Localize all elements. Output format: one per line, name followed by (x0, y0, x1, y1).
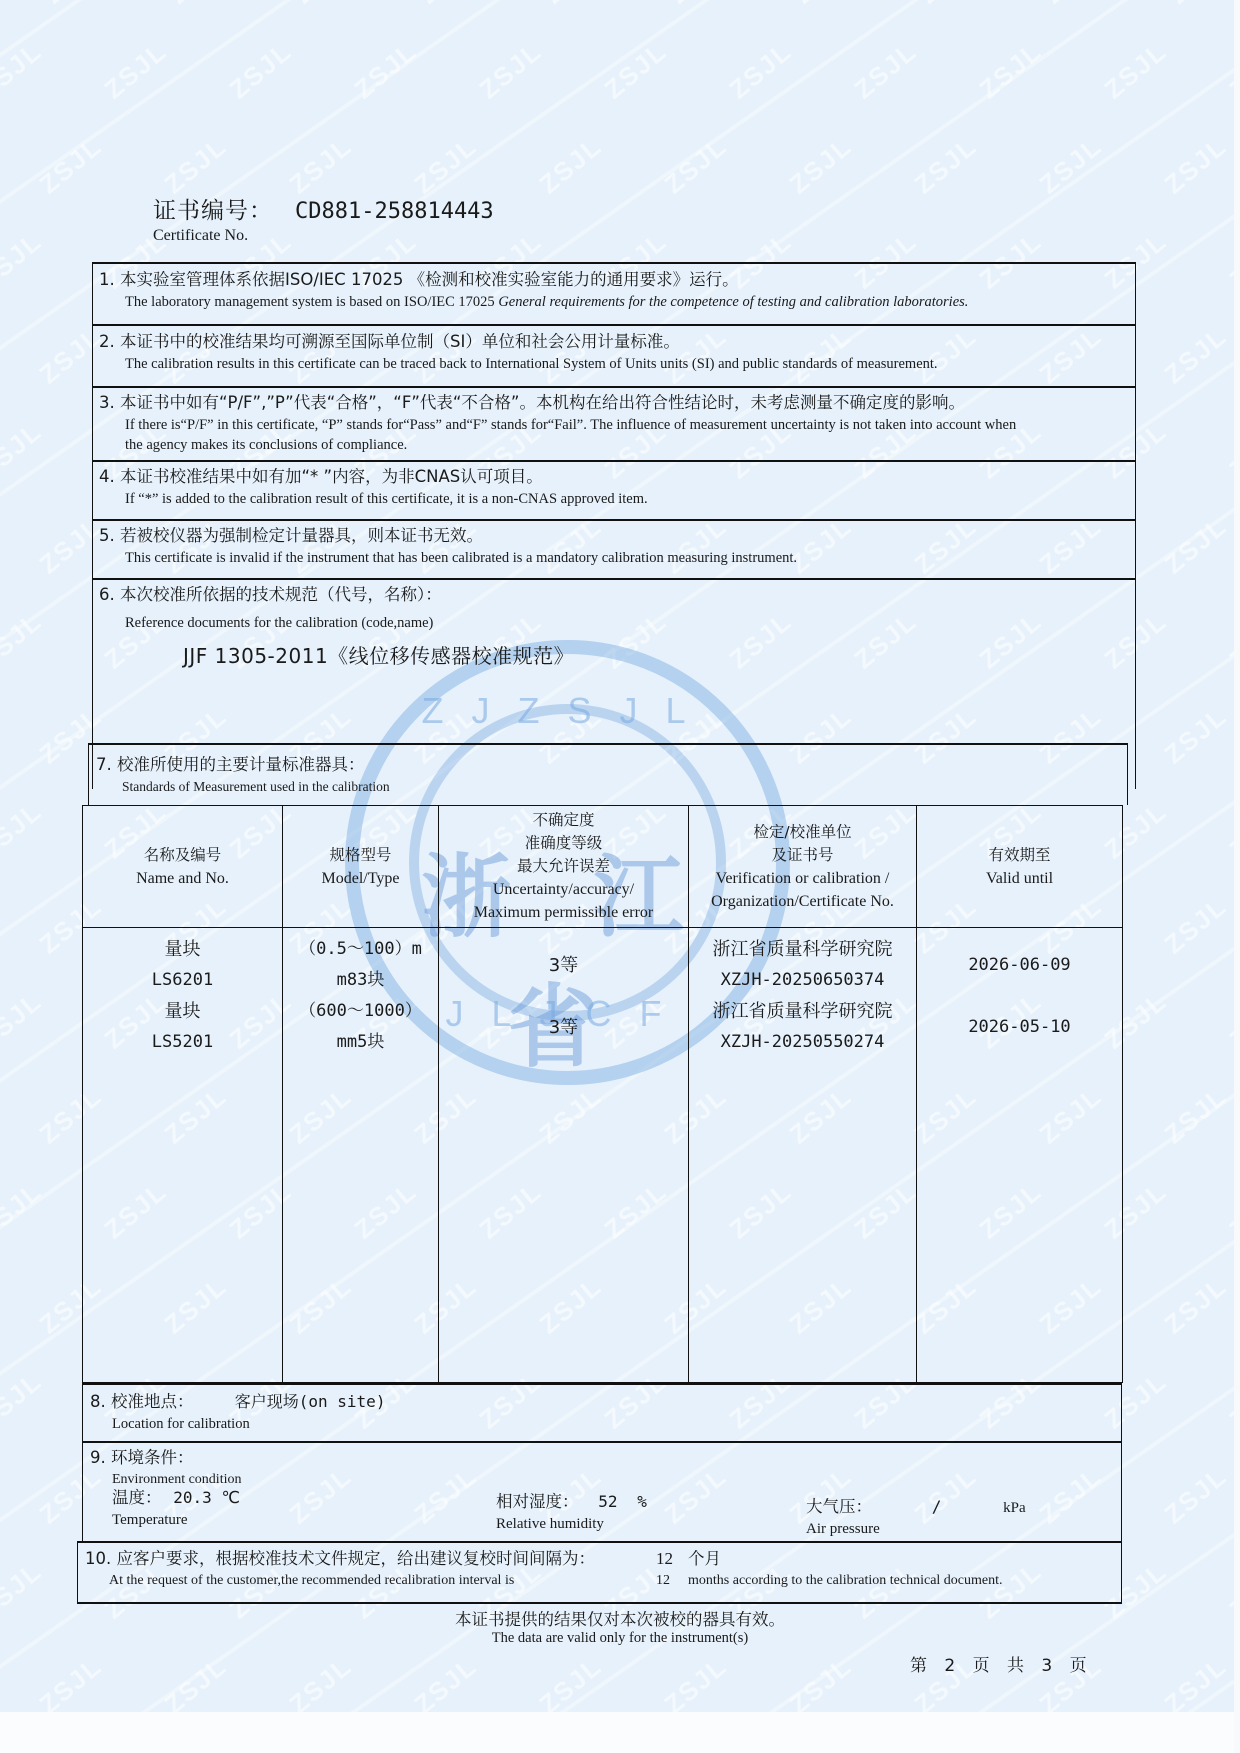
watermark-text: ZSJL (1158, 321, 1233, 391)
watermark-text: ZSJL (538, 0, 613, 10)
watermark-text: ZSJL (723, 36, 798, 106)
watermark-text: ZSJL (0, 796, 48, 866)
temperature-value: 20.3 (173, 1488, 212, 1507)
watermark-text: ZSJL (1163, 0, 1238, 10)
cell-model: （0.5～100）m m83块 （600～1000） mm5块 (283, 928, 439, 1383)
watermark-text: ZSJL (1038, 0, 1113, 10)
section-1: 1. 本实验室管理体系依据ISO/IEC 17025 《检测和校准实验室能力的通… (92, 262, 1136, 324)
page-number: 第 2 页 共 3 页 (910, 1651, 1089, 1676)
cell-valid-until: 2026-06-09 2026-05-10 (917, 928, 1123, 1383)
validity-note-en: The data are valid only for the instrume… (0, 1630, 1240, 1647)
recalibration-en: At the request of the customer,the recom… (109, 1573, 514, 1588)
validity-note: 本证书提供的结果仅对本次被校的器具有效。 The data are valid … (0, 1606, 1240, 1647)
watermark-text: ZSJL (848, 36, 923, 106)
col-header-model: 规格型号 Model/Type (283, 806, 439, 928)
watermark-text: ZSJL (33, 131, 108, 201)
pressure-field: 大气压： / kPa Air pressure (806, 1493, 1026, 1538)
watermark-text: ZSJL (1158, 891, 1233, 961)
recalibration-zh: 应客户要求，根据校准技术文件规定，给出建议复校时间间隔为： (117, 1549, 596, 1568)
section-3-en: If there is“P/F” in this certificate, “P… (99, 415, 1136, 435)
watermark-text: ZSJL (783, 1651, 858, 1721)
environment-label-en: Environment condition (90, 1470, 1121, 1490)
watermark-text: ZSJL (1158, 1461, 1233, 1531)
watermark-text: ZSJL (1158, 511, 1233, 581)
watermark-text: ZSJL (908, 131, 983, 201)
section-3-en-cont: the agency makes its conclusions of comp… (99, 435, 1136, 455)
environment-label-zh: 环境条件： (111, 1448, 194, 1467)
watermark-text: ZSJL (348, 36, 423, 106)
humidity-value: 52 (598, 1492, 617, 1511)
cell-accuracy: 3等 3等 (439, 928, 689, 1383)
cert-no-label-en: Certificate No. (153, 227, 494, 245)
section-6-en: Reference documents for the calibration … (99, 613, 1136, 633)
reference-document-value: JJF 1305-2011《线位移传感器校准规范》 (183, 640, 574, 669)
table-header-row: 名称及编号 Name and No. 规格型号 Model/Type 不确定度 … (83, 806, 1123, 928)
section-7-en: Standards of Measurement used in the cal… (96, 777, 1127, 797)
watermark-text: ZSJL (533, 131, 608, 201)
section-2-en: The calibration results in this certific… (99, 354, 1136, 374)
scan-margin-right (1234, 0, 1240, 1753)
watermark-text: ZSJL (413, 0, 488, 10)
watermark-text: ZSJL (0, 1176, 48, 1246)
watermark-text: ZSJL (0, 986, 48, 1056)
certificate-number-block: 证书编号：CD881-258814443 Certificate No. (153, 192, 494, 245)
watermark-text: ZSJL (158, 1651, 233, 1721)
cert-no-label-zh: 证书编号： (153, 198, 273, 224)
section-2-zh: 本证书中的校准结果均可溯源至国际单位制（SI）单位和社会公用计量标准。 (120, 332, 680, 351)
section-7: 7. 校准所使用的主要计量标准器具： Standards of Measurem… (88, 743, 1128, 805)
watermark-text: ZSJL (288, 0, 363, 10)
section-3: 3. 本证书中如有“P/F”,”P”代表“合格”，“F”代表“不合格”。本机构在… (92, 386, 1136, 460)
cell-organization: 浙江省质量科学研究院 XZJH-20250650374 浙江省质量科学研究院 X… (689, 928, 917, 1383)
watermark-text: ZSJL (0, 226, 48, 296)
watermark-text: ZSJL (473, 36, 548, 106)
watermark-text: ZSJL (783, 131, 858, 201)
watermark-text: ZSJL (163, 0, 238, 10)
col-header-organization: 检定/校准单位 及证书号 Verification or calibration… (689, 806, 917, 928)
section-7-zh: 校准所使用的主要计量标准器具： (117, 755, 365, 774)
watermark-text: ZSJL (33, 1651, 108, 1721)
location-label-zh: 校准地点： (111, 1392, 194, 1411)
table-row: 量块 LS6201 量块 LS5201 （0.5～100）m m83块 （600… (83, 928, 1123, 1383)
validity-note-zh: 本证书提供的结果仅对本次被校的器具有效。 (0, 1606, 1240, 1630)
standards-table: 名称及编号 Name and No. 规格型号 Model/Type 不确定度 … (82, 805, 1123, 1383)
section-5: 5. 若被校仪器为强制检定计量器具，则本证书无效。 This certifica… (92, 519, 1136, 578)
section-10-recalibration: 10. 应客户要求，根据校准技术文件规定，给出建议复校时间间隔为： 12 个月 … (77, 1541, 1122, 1604)
watermark-text: ZSJL (913, 0, 988, 10)
section-4: 4. 本证书校准结果中如有加“* ”内容，为非CNAS认可项目。 If “*” … (92, 460, 1136, 519)
watermark-text: ZSJL (283, 1651, 358, 1721)
watermark-text: ZSJL (408, 1651, 483, 1721)
section-6-zh: 本次校准所依据的技术规范（代号，名称）： (120, 585, 442, 604)
section-4-en: If “*” is added to the calibration resul… (99, 489, 1136, 509)
watermark-text: ZSJL (223, 36, 298, 106)
col-header-valid-until: 有效期至 Valid until (917, 806, 1123, 928)
watermark-text: ZSJL (1098, 36, 1173, 106)
location-value: 客户现场(on site) (235, 1392, 386, 1411)
section-1-en: The laboratory management system is base… (125, 294, 498, 310)
pressure-value: / (932, 1497, 942, 1516)
section-2: 2. 本证书中的校准结果均可溯源至国际单位制（SI）单位和社会公用计量标准。 T… (92, 324, 1136, 386)
section-3-zh: 本证书中如有“P/F”,”P”代表“合格”，“F”代表“不合格”。本机构在给出符… (120, 393, 965, 412)
cert-no-value: CD881-258814443 (295, 199, 494, 224)
watermark-text: ZSJL (408, 131, 483, 201)
temperature-field: 温度： 20.3 ℃ Temperature (112, 1484, 240, 1529)
section-1-zh: 本实验室管理体系依据ISO/IEC 17025 《检测和校准实验室能力的通用要求… (120, 270, 739, 289)
watermark-text: ZSJL (38, 0, 113, 10)
watermark-text: ZSJL (0, 1366, 48, 1436)
watermark-text: ZSJL (1158, 1081, 1233, 1151)
section-5-zh: 若被校仪器为强制检定计量器具，则本证书无效。 (120, 526, 483, 545)
humidity-field: 相对湿度： 52 % Relative humidity (496, 1488, 647, 1533)
location-label-en: Location for calibration (90, 1414, 1121, 1434)
cell-name: 量块 LS6201 量块 LS5201 (83, 928, 283, 1383)
watermark-text: ZSJL (1158, 1271, 1233, 1341)
col-header-uncertainty: 不确定度 准确度等级 最大允许误差 Uncertainty/accuracy/ … (439, 806, 689, 928)
watermark-text: ZSJL (0, 416, 48, 486)
watermark-text: ZSJL (663, 0, 738, 10)
watermark-text: ZSJL (283, 131, 358, 201)
watermark-text: ZSJL (658, 131, 733, 201)
watermark-text: ZSJL (0, 606, 48, 676)
scan-margin-bottom (0, 1712, 1240, 1753)
col-header-name: 名称及编号 Name and No. (83, 806, 283, 928)
recalibration-value: 12 (656, 1547, 673, 1571)
section-1-en-title: General requirements for the competence … (498, 294, 968, 310)
watermark-text: ZSJL (1158, 131, 1233, 201)
section-5-en: This certificate is invalid if the instr… (99, 548, 1136, 568)
watermark-text: ZSJL (1158, 701, 1233, 771)
watermark-text: ZSJL (1158, 1651, 1233, 1721)
watermark-text: ZSJL (658, 1651, 733, 1721)
watermark-text: ZSJL (98, 36, 173, 106)
watermark-text: ZSJL (0, 36, 48, 106)
watermark-text: ZSJL (598, 36, 673, 106)
section-4-zh: 本证书校准结果中如有加“* ”内容，为非CNAS认可项目。 (120, 467, 543, 486)
section-8-location: 8. 校准地点： 客户现场(on site) Location for cali… (82, 1383, 1122, 1441)
watermark-text: ZSJL (158, 131, 233, 201)
watermark-text: ZSJL (788, 0, 863, 10)
watermark-text: ZSJL (973, 36, 1048, 106)
watermark-text: ZSJL (533, 1651, 608, 1721)
watermark-text: ZSJL (1033, 131, 1108, 201)
